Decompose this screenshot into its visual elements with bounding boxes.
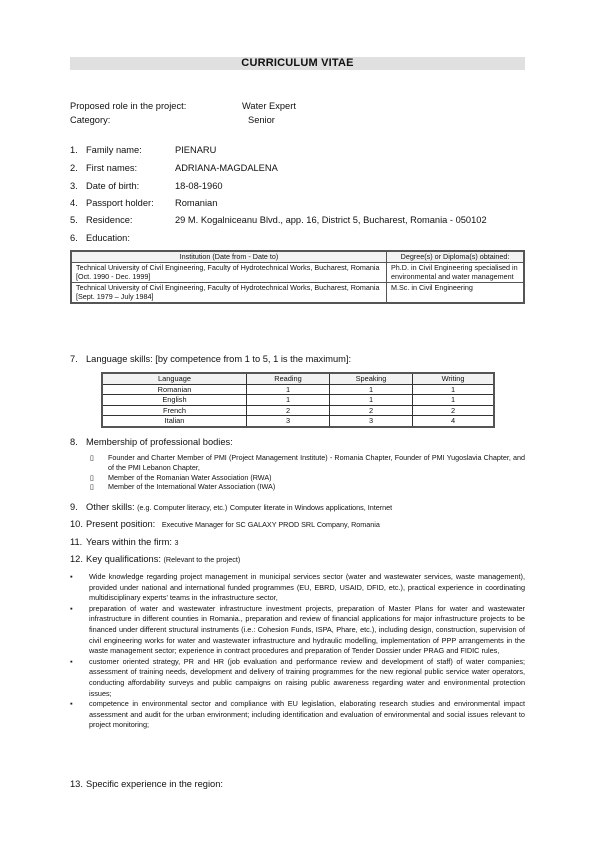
cell-reading: 1 (247, 395, 330, 406)
cell-speaking: 2 (330, 405, 413, 416)
item-number: 10. (70, 518, 86, 530)
item-number: 11. (70, 536, 86, 548)
field-value: 18-08-1960 (175, 181, 223, 191)
qualification-text: competence in environmental sector and c… (89, 699, 525, 729)
checkbox-bullet-icon: ▯ (90, 473, 94, 483)
item-number: 1. (70, 144, 86, 156)
field-first-names: 2.First names:ADRIANA-MAGDALENA (70, 162, 278, 174)
table-row: Romanian 1 1 1 (102, 384, 494, 395)
cell-degree: Ph.D. in Civil Engineering specialised i… (387, 262, 525, 282)
field-label: Date of birth: (86, 180, 175, 192)
qualification-text: customer oriented strategy, PR and HR (j… (89, 657, 525, 698)
proposed-role-label: Proposed role in the project: (70, 100, 186, 112)
table-row: Technical University of Civil Engineerin… (71, 282, 524, 303)
item-number: 8. (70, 436, 86, 448)
bullet-icon: ▪ (70, 699, 73, 710)
section-label: Other skills: (86, 502, 135, 512)
section-label: Membership of professional bodies: (86, 437, 233, 447)
cell-institution: Technical University of Civil Engineerin… (71, 262, 387, 282)
present-position: 10.Present position: Executive Manager f… (70, 518, 380, 531)
bullet-icon: ▪ (70, 657, 73, 668)
bullet-icon: ▪ (70, 572, 73, 583)
field-value: Romanian (175, 198, 217, 208)
cell-language: Italian (102, 416, 247, 427)
header-reading: Reading (247, 373, 330, 384)
cell-institution: Technical University of Civil Engineerin… (71, 282, 387, 303)
membership-heading: 8.Membership of professional bodies: (70, 436, 233, 448)
field-value: 29 M. Kogalniceanu Blvd., app. 16, Distr… (175, 215, 487, 225)
cell-reading: 1 (247, 384, 330, 395)
field-passport-holder: 4.Passport holder:Romanian (70, 197, 217, 209)
table-row: Italian 3 3 4 (102, 416, 494, 427)
cell-writing: 4 (413, 416, 495, 427)
cell-language: English (102, 395, 247, 406)
list-item: ▪competence in environmental sector and … (70, 699, 525, 731)
item-number: 7. (70, 353, 86, 365)
header-institution: Institution (Date from - Date to) (71, 251, 387, 262)
cell-language: Romanian (102, 384, 247, 395)
education-table: Institution (Date from - Date to) Degree… (70, 250, 525, 304)
list-item: ▯ Member of the International Water Asso… (90, 482, 525, 492)
cell-speaking: 3 (330, 416, 413, 427)
checkbox-bullet-icon: ▯ (90, 453, 94, 463)
cell-degree: M.Sc. in Civil Engineering (387, 282, 525, 303)
header-language: Language (102, 373, 247, 384)
language-skills-heading: 7.Language skills: [by competence from 1… (70, 353, 351, 365)
bullet-icon: ▪ (70, 604, 73, 615)
category-value: Senior (248, 114, 275, 126)
table-header-row: Institution (Date from - Date to) Degree… (71, 251, 524, 262)
item-number: 2. (70, 162, 86, 174)
cell-writing: 2 (413, 405, 495, 416)
header-writing: Writing (413, 373, 495, 384)
language-table: Language Reading Speaking Writing Romani… (101, 372, 495, 428)
list-item: ▪customer oriented strategy, PR and HR (… (70, 657, 525, 699)
item-number: 9. (70, 501, 86, 513)
membership-text: Member of the Romanian Water Association… (108, 473, 272, 482)
category-label: Category: (70, 114, 110, 126)
item-number: 4. (70, 197, 86, 209)
membership-text: Founder and Charter Member of PMI (Proje… (108, 453, 525, 472)
field-family-name: 1.Family name:PIENARU (70, 144, 216, 156)
section-label: Years within the firm: (86, 537, 172, 547)
list-item: ▪preparation of water and wastewater inf… (70, 604, 525, 657)
cell-speaking: 1 (330, 395, 413, 406)
table-row: Technical University of Civil Engineerin… (71, 262, 524, 282)
item-number: 5. (70, 214, 86, 226)
table-header-row: Language Reading Speaking Writing (102, 373, 494, 384)
cell-speaking: 1 (330, 384, 413, 395)
cell-writing: 1 (413, 395, 495, 406)
checkbox-bullet-icon: ▯ (90, 482, 94, 492)
field-value: ADRIANA-MAGDALENA (175, 163, 278, 173)
membership-list: ▯ Founder and Charter Member of PMI (Pro… (90, 453, 525, 492)
field-date-of-birth: 3.Date of birth:18-08-1960 (70, 180, 223, 192)
section-label: Present position: (86, 519, 155, 529)
field-label: Passport holder: (86, 197, 175, 209)
membership-text: Member of the International Water Associ… (108, 482, 275, 491)
field-label: First names: (86, 162, 175, 174)
qualification-text: preparation of water and wastewater infr… (89, 604, 525, 655)
field-label: Family name: (86, 144, 175, 156)
qualification-text: Wide knowledge regarding project managem… (89, 572, 525, 602)
cell-language: French (102, 405, 247, 416)
list-item: ▯ Member of the Romanian Water Associati… (90, 473, 525, 483)
cell-reading: 3 (247, 416, 330, 427)
section-value: 3 (175, 538, 179, 547)
table-row: English 1 1 1 (102, 395, 494, 406)
field-value: PIENARU (175, 145, 216, 155)
list-item: ▪Wide knowledge regarding project manage… (70, 572, 525, 604)
key-qualifications-heading: 12.Key qualifications: (Relevant to the … (70, 553, 240, 566)
field-education: 6.Education: (70, 232, 130, 244)
item-number: 13. (70, 778, 86, 790)
section-note: (e.g. Computer literacy, etc.) (137, 503, 227, 512)
proposed-role-value: Water Expert (242, 100, 296, 112)
section-label: Key qualifications: (86, 554, 161, 564)
section-value: Executive Manager for SC GALAXY PROD SRL… (162, 520, 380, 529)
list-item: ▯ Founder and Charter Member of PMI (Pro… (90, 453, 525, 473)
section-label: Language skills: [by competence from 1 t… (86, 354, 351, 364)
field-label: Education: (86, 233, 130, 243)
field-residence: 5.Residence:29 M. Kogalniceanu Blvd., ap… (70, 214, 487, 226)
header-degree: Degree(s) or Diploma(s) obtained: (387, 251, 525, 262)
section-label: Specific experience in the region: (86, 779, 223, 789)
section-value: Computer literate in Windows application… (230, 503, 392, 512)
years-within-firm: 11.Years within the firm: 3 (70, 536, 179, 549)
section-note: (Relevant to the project) (164, 555, 241, 564)
item-number: 6. (70, 232, 86, 244)
cell-reading: 2 (247, 405, 330, 416)
header-speaking: Speaking (330, 373, 413, 384)
specific-experience-heading: 13.Specific experience in the region: (70, 778, 223, 790)
item-number: 12. (70, 553, 86, 565)
key-qualifications-list: ▪Wide knowledge regarding project manage… (70, 572, 525, 731)
table-row: French 2 2 2 (102, 405, 494, 416)
document-title: CURRICULUM VITAE (70, 57, 525, 70)
item-number: 3. (70, 180, 86, 192)
other-skills: 9.Other skills: (e.g. Computer literacy,… (70, 501, 392, 514)
cell-writing: 1 (413, 384, 495, 395)
field-label: Residence: (86, 214, 175, 226)
